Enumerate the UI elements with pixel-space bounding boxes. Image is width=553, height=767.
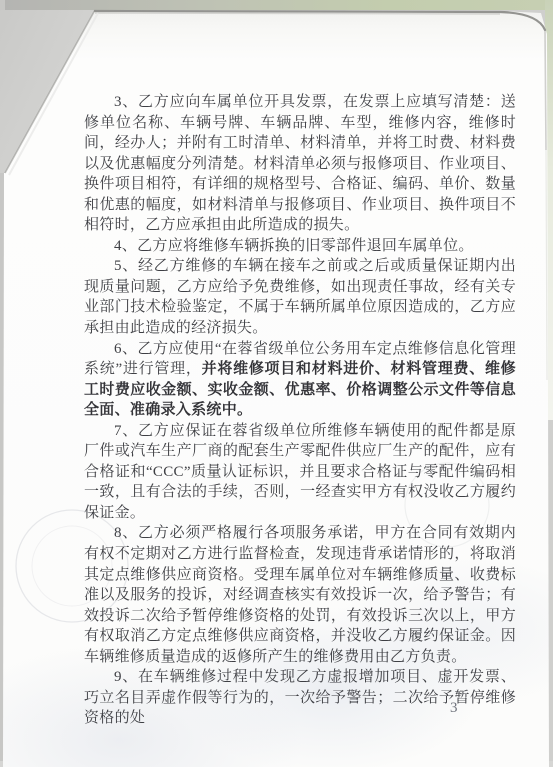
clause-9: 9、在车辆维修过程中发现乙方虚报增加项目、虚开发票、巧立名目弄虚作假等行为的，一… (84, 667, 516, 729)
clause-8: 8、乙方必须严格履行各项服务承诺，甲方在合同有效期内有权不定期对乙方进行监督检查… (84, 523, 516, 667)
scanned-contract-page: { "document": { "language": "zh-CN", "ki… (0, 0, 553, 767)
clause-7-text: 7、乙方应保证在蓉省级单位所维修车辆使用的配件都是原厂件或汽车生产厂商的配套生产… (84, 423, 516, 521)
clause-5-text: 5、经乙方维修的车辆在接车之前或之后或质量保证期内出现质量问题，乙方应给予免费维… (84, 258, 516, 336)
clause-5: 5、经乙方维修的车辆在接车之前或之后或质量保证期内出现质量问题，乙方应给予免费维… (84, 256, 516, 338)
clause-3: 3、乙方应向车属单位开具发票，在发票上应填写清楚：送修单位名称、车辆号牌、车辆品… (84, 92, 516, 236)
clause-9-text: 9、在车辆维修过程中发现乙方虚报增加项目、虚开发票、巧立名目弄虚作假等行为的，一… (84, 669, 516, 726)
contract-body-text: 3、乙方应向车属单位开具发票，在发票上应填写清楚：送修单位名称、车辆号牌、车辆品… (84, 92, 516, 729)
clause-4-text: 4、乙方应将维修车辆拆换的旧零部件退回车属单位。 (114, 238, 474, 254)
scanner-bed-top-strip (0, 0, 553, 10)
clause-8-text: 8、乙方必须严格履行各项服务承诺，甲方在合同有效期内有权不定期对乙方进行监督检查… (84, 525, 516, 664)
clause-7: 7、乙方应保证在蓉省级单位所维修车辆使用的配件都是原厂件或汽车生产厂商的配套生产… (84, 421, 516, 524)
clause-6: 6、乙方应使用“在蓉省级单位公务用车定点维修信息化管理系统”进行管理，并将维修项… (84, 339, 516, 421)
page-number: 3 (450, 700, 458, 717)
clause-4: 4、乙方应将维修车辆拆换的旧零部件退回车属单位。 (84, 236, 516, 257)
clause-3-text: 3、乙方应向车属单位开具发票，在发票上应填写清楚：送修单位名称、车辆号牌、车辆品… (84, 94, 516, 233)
